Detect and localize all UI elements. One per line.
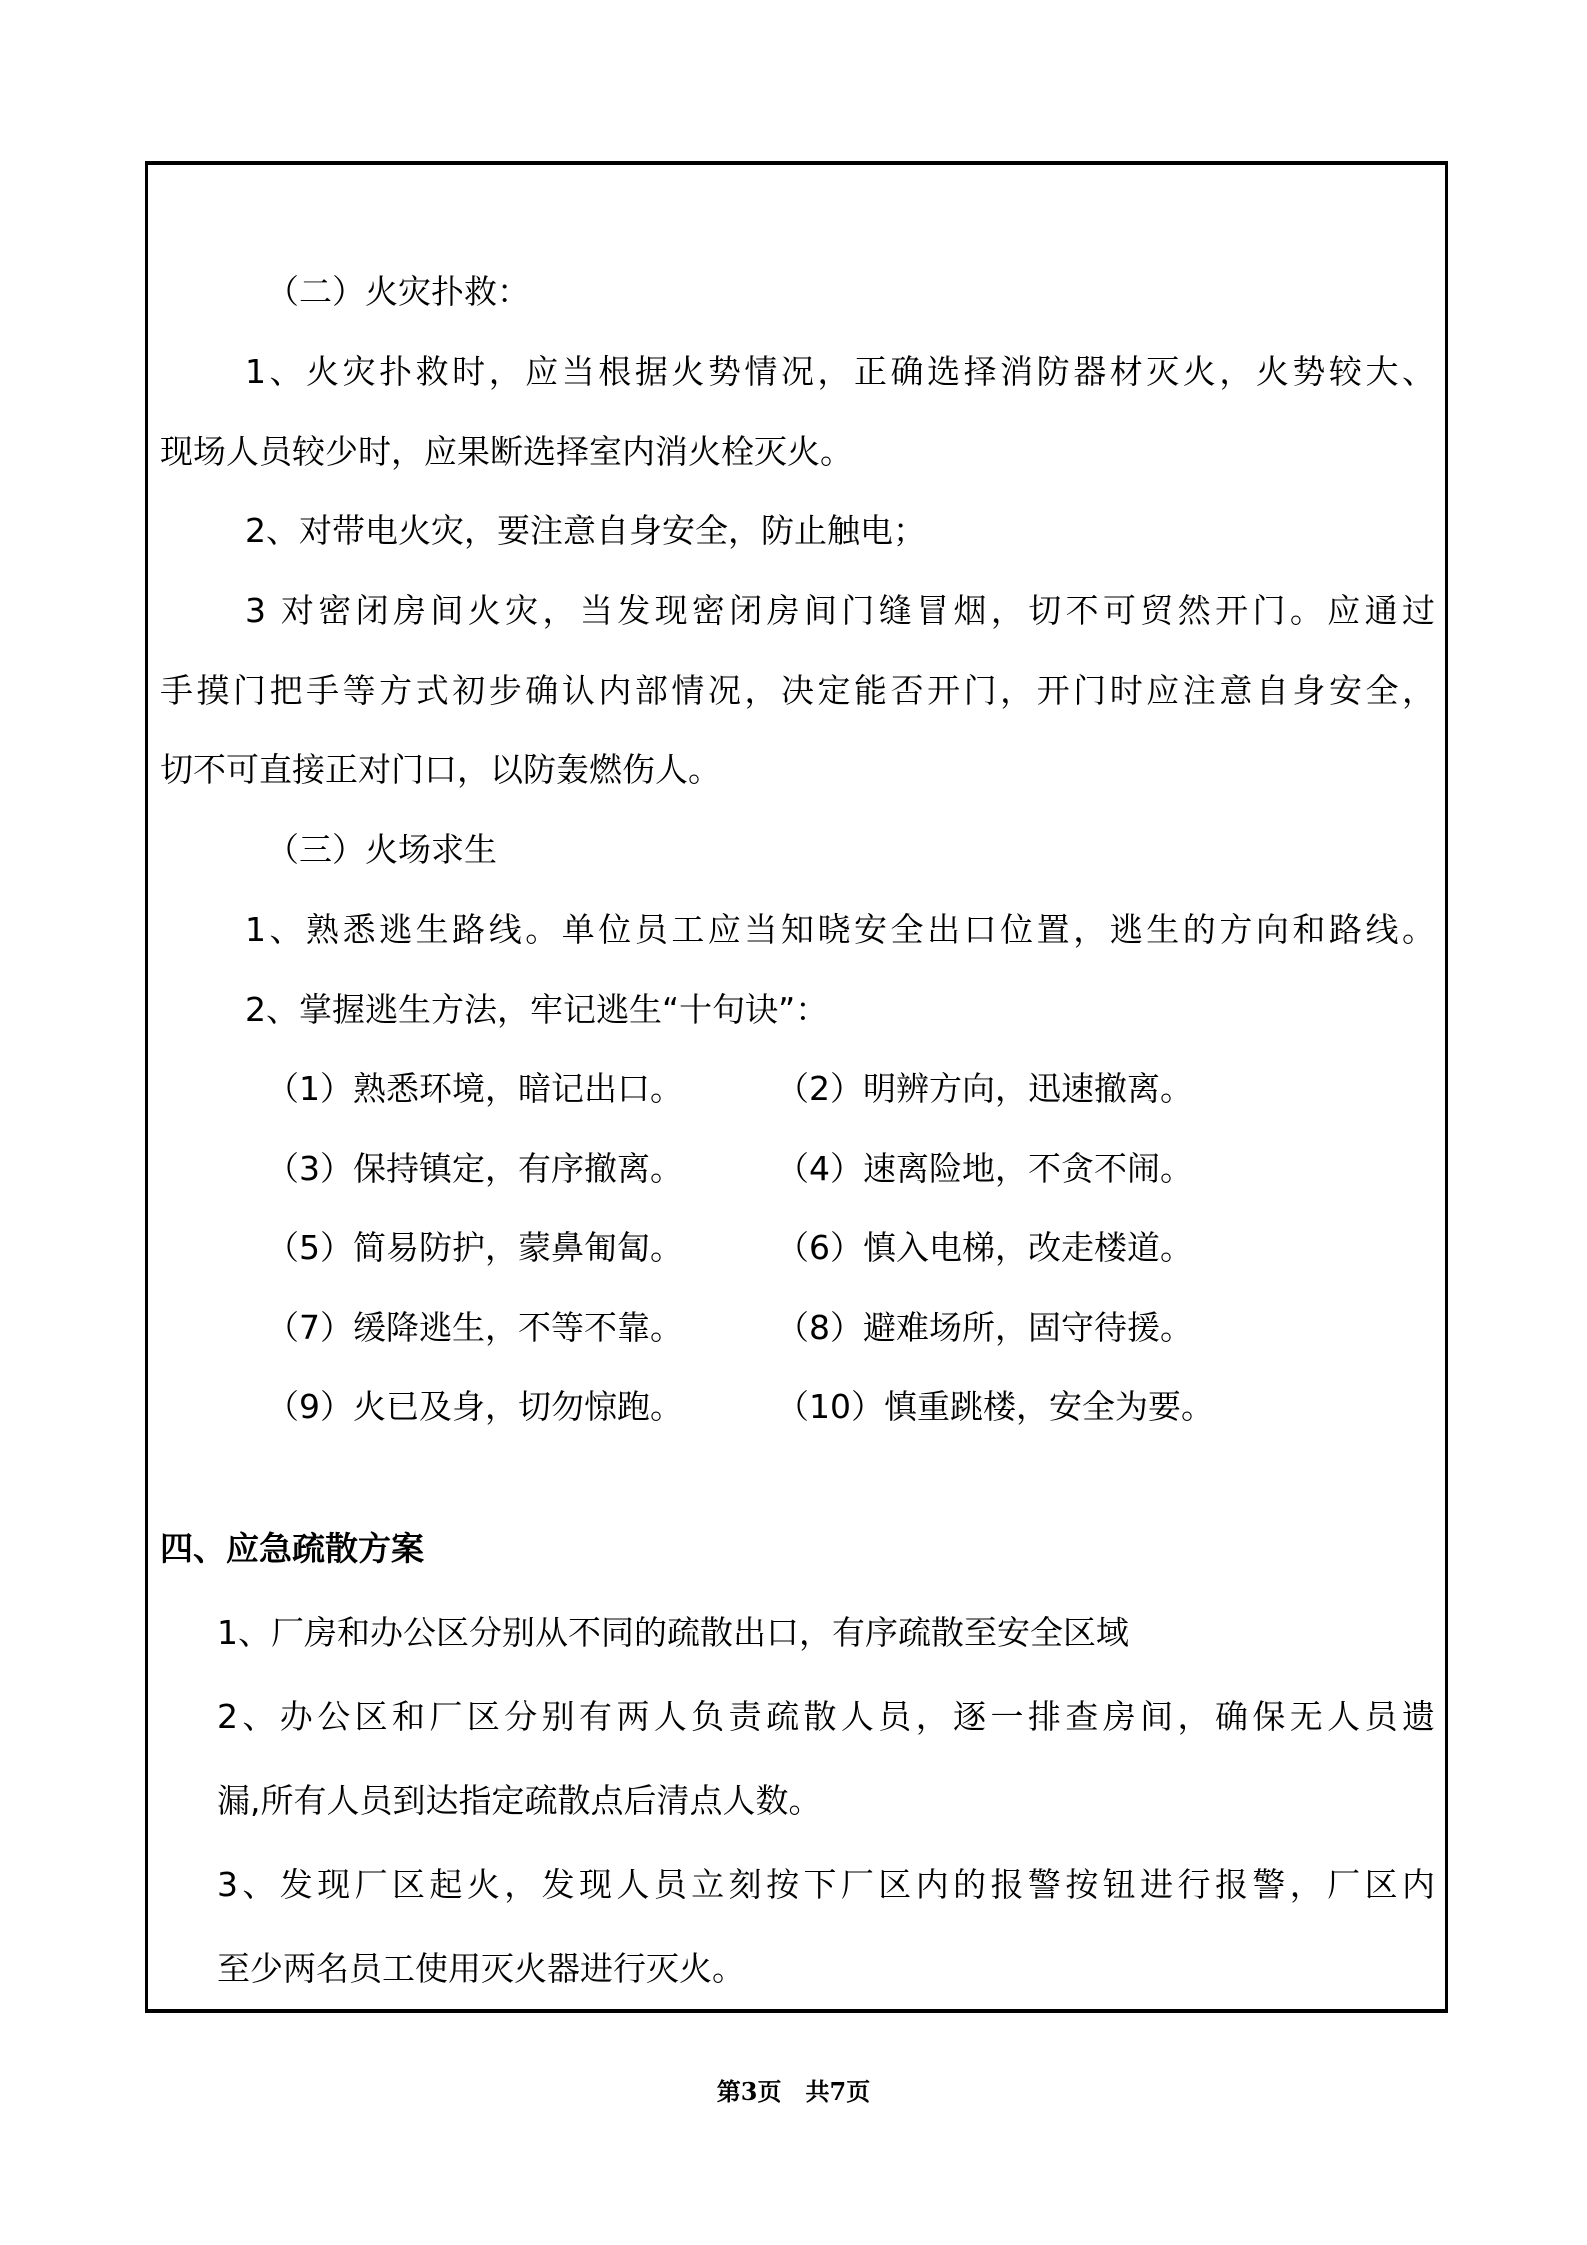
motto-item: （9）火已及身，切勿惊跑。 (266, 1387, 683, 1427)
motto-item: （4）速离险地，不贪不闹。 (776, 1149, 1193, 1189)
page-number: 第3页 共7页 (0, 2072, 1587, 2107)
paragraph-fire-survival-1: 1、熟悉逃生路线。单位员工应当知晓安全出口位置，逃生的方向和路线。 (245, 910, 1435, 950)
paragraph-fire-fighting-3: 3 对密闭房间火灾，当发现密闭房间门缝冒烟，切不可贸然开门。应通过 (245, 591, 1435, 631)
paragraph-evacuation-2: 2、办公区和厂区分别有两人负责疏散人员，逐一排查房间，确保无人员遗 (217, 1697, 1435, 1737)
motto-item: （5）简易防护，蒙鼻匍匐。 (266, 1228, 683, 1268)
motto-item: （10）慎重跳楼，安全为要。 (776, 1387, 1214, 1427)
section-heading-evacuation: 四、应急疏散方案 (160, 1529, 424, 1569)
motto-item: （2）明辨方向，迅速撤离。 (776, 1069, 1193, 1109)
paragraph-evacuation-1: 1、厂房和办公区分别从不同的疏散出口，有序疏散至安全区域 (217, 1613, 1129, 1653)
paragraph-evacuation-2-cont: 漏,所有人员到达指定疏散点后清点人数。 (217, 1781, 822, 1821)
motto-item: （7）缓降逃生，不等不靠。 (266, 1308, 683, 1348)
paragraph-fire-fighting-3-cont: 手摸门把手等方式初步确认内部情况，决定能否开门，开门时应注意自身安全， (160, 671, 1435, 711)
paragraph-fire-fighting-2: 2、对带电火灾，要注意自身安全，防止触电； (245, 511, 926, 551)
paragraph-fire-survival-2: 2、掌握逃生方法，牢记逃生“十句诀”： (245, 990, 828, 1030)
motto-item: （6）慎入电梯，改走楼道。 (776, 1228, 1193, 1268)
paragraph-fire-fighting-3-end: 切不可直接正对门口，以防轰燃伤人。 (160, 750, 721, 790)
paragraph-fire-fighting-1-cont: 现场人员较少时，应果断选择室内消火栓灭火。 (160, 432, 853, 472)
motto-item: （1）熟悉环境，暗记出口。 (266, 1069, 683, 1109)
motto-item: （8）避难场所，固守待援。 (776, 1308, 1193, 1348)
paragraph-evacuation-3: 3、发现厂区起火，发现人员立刻按下厂区内的报警按钮进行报警，厂区内 (217, 1865, 1435, 1905)
paragraph-fire-fighting-1: 1、火灾扑救时，应当根据火势情况，正确选择消防器材灭火，火势较大、 (245, 352, 1435, 392)
section-heading-fire-survival: （三）火场求生 (266, 830, 497, 870)
section-heading-fire-fighting: （二）火灾扑救： (266, 272, 530, 312)
paragraph-evacuation-3-cont: 至少两名员工使用灭火器进行灭火。 (217, 1949, 745, 1989)
motto-item: （3）保持镇定，有序撤离。 (266, 1149, 683, 1189)
